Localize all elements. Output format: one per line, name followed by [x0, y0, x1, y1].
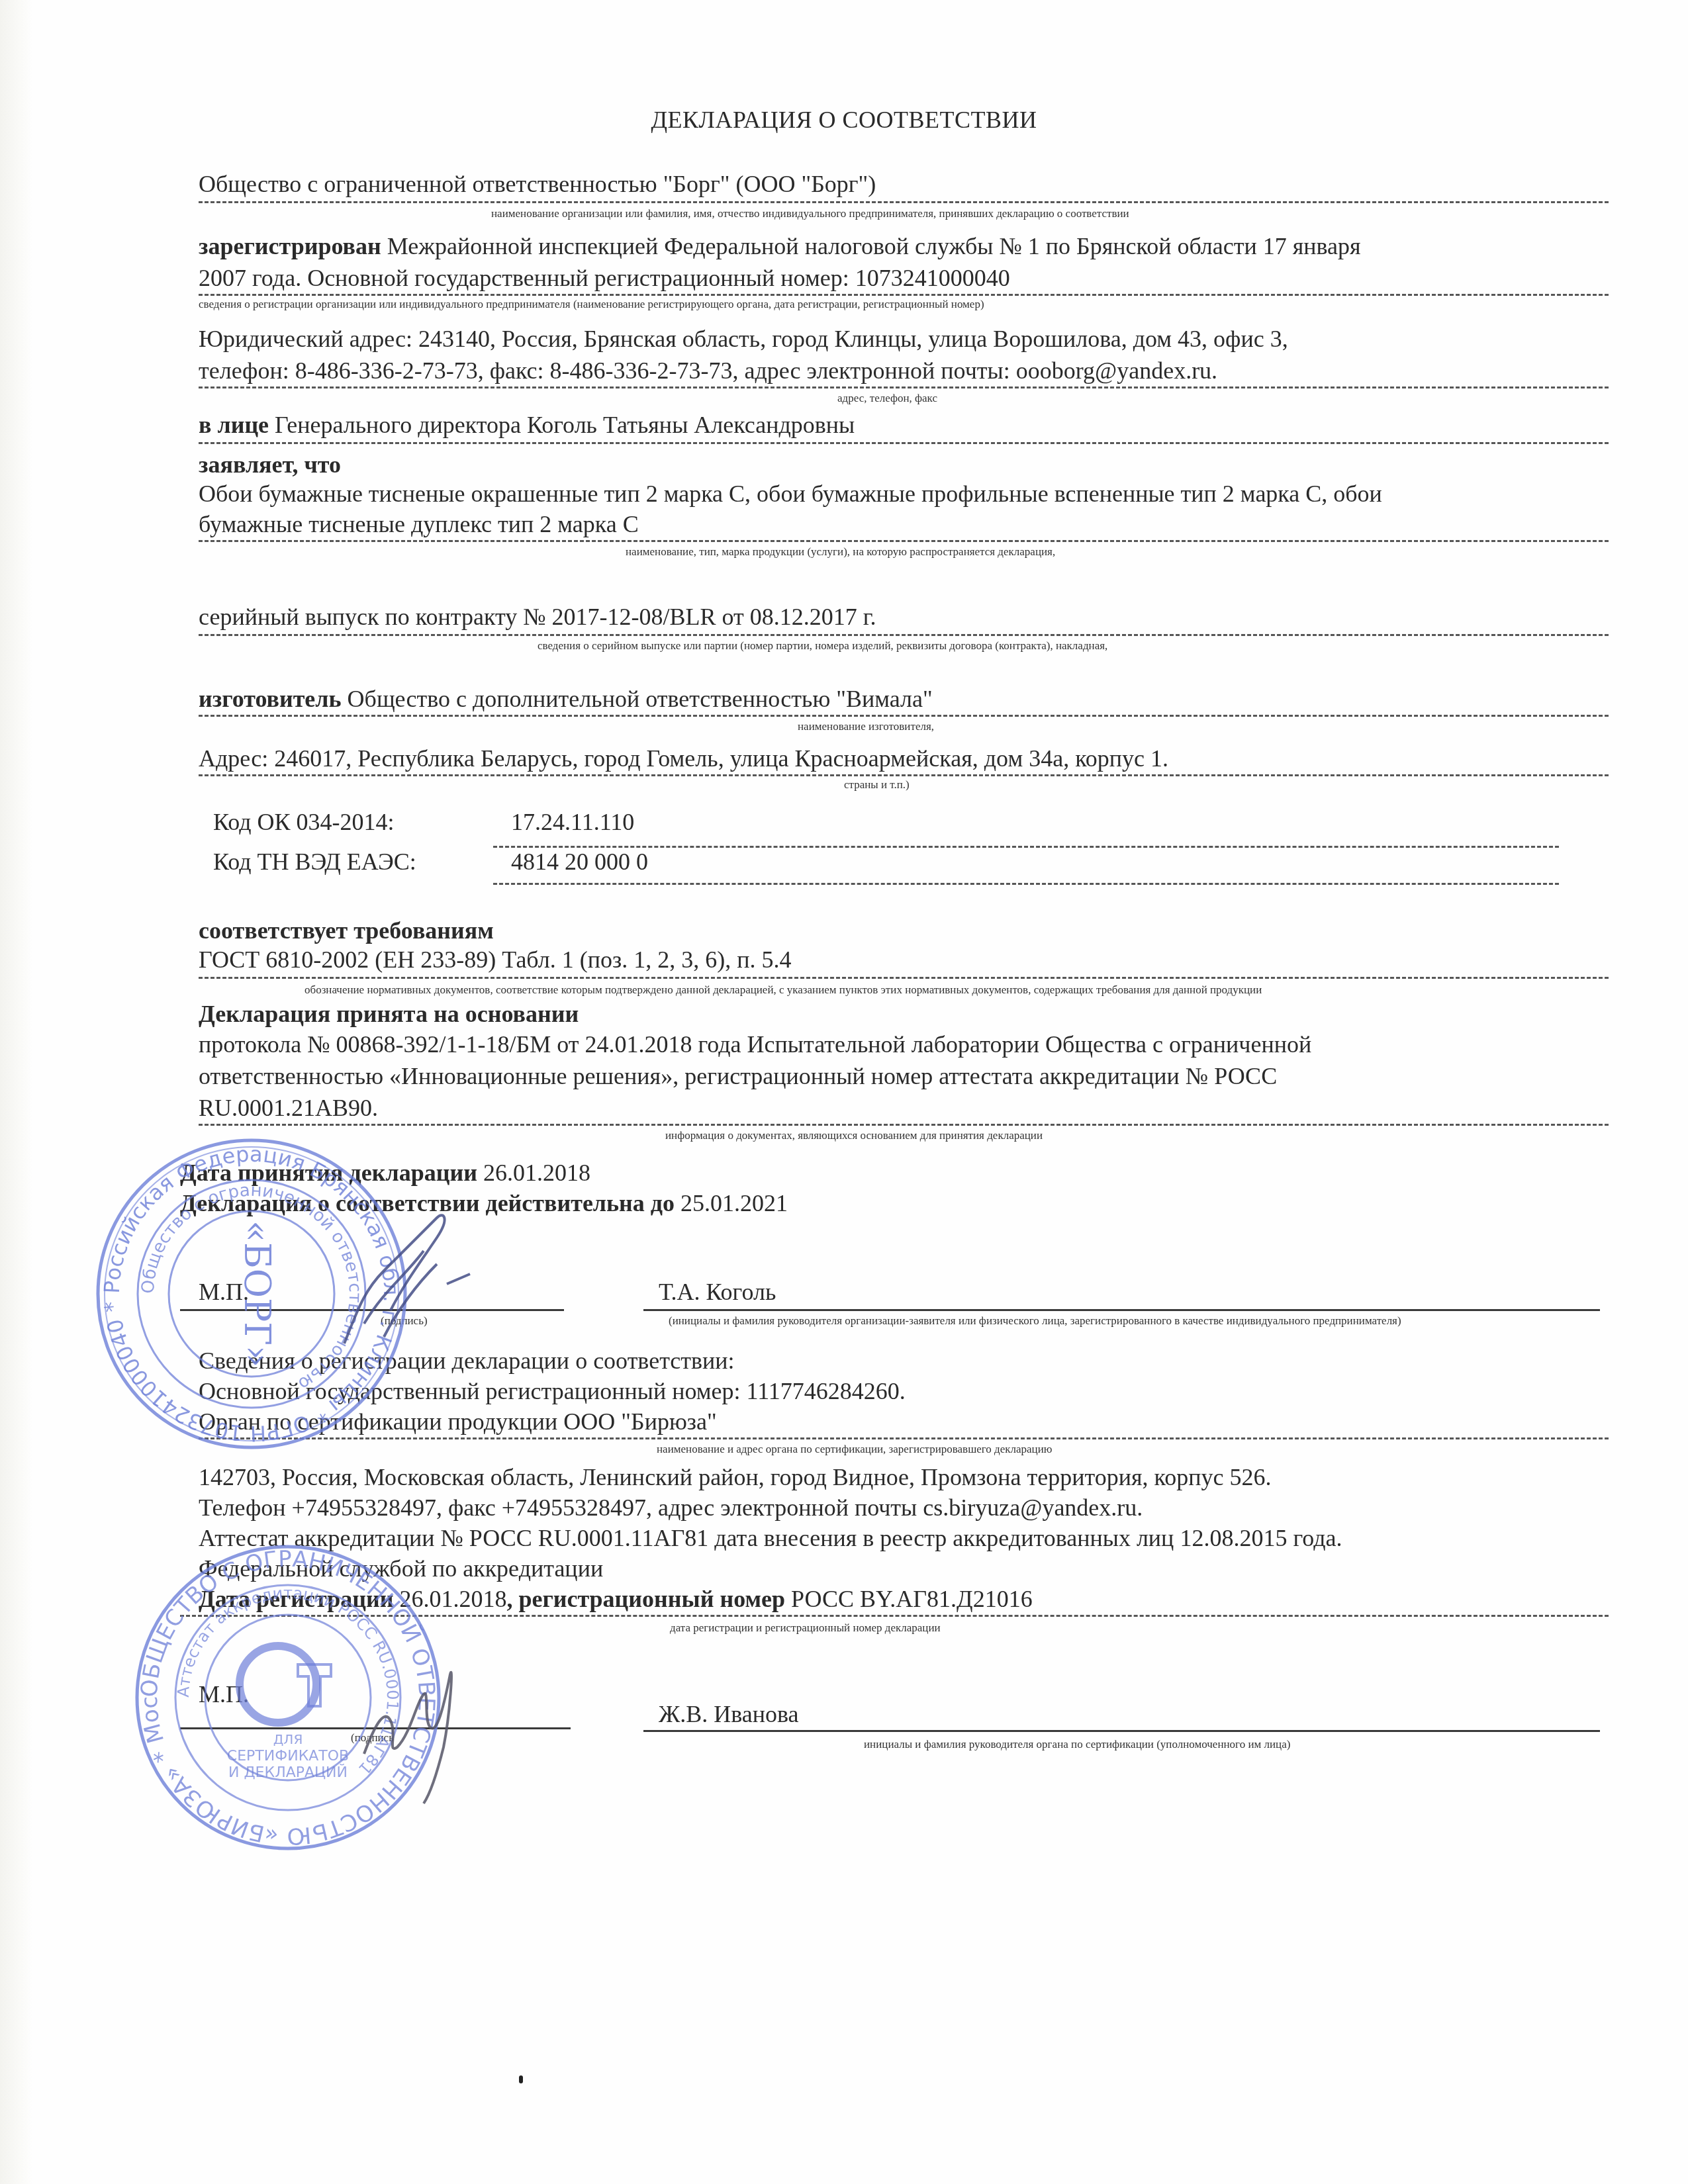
- signatory-name-1: Т.А. Коголь: [659, 1277, 776, 1306]
- applicant-name-hint: наименование организации или фамилия, им…: [491, 207, 1129, 220]
- conformity-hint: обозначение нормативных документов, соот…: [305, 983, 1262, 997]
- document-title: ДЕКЛАРАЦИЯ О СООТВЕТСТВИИ: [0, 106, 1688, 134]
- serial-hint: сведения о серийном выпуске или партии (…: [538, 639, 1107, 653]
- reg-date-hint: дата регистрации и регистрационный номер…: [670, 1621, 941, 1635]
- cert-body-contacts: Телефон +74955328497, факс +74955328497,…: [199, 1493, 1143, 1522]
- serial-value: серийный выпуск по контракту № 2017-12-0…: [199, 602, 876, 631]
- code-tnved-label: Код ТН ВЭД ЕАЭС:: [213, 847, 416, 876]
- conformity-label: соответствует требованиям: [199, 916, 494, 945]
- divider: [199, 540, 1609, 542]
- basis-line2: ответственностью «Инновационные решения»…: [199, 1062, 1277, 1091]
- handwritten-signature-2: [351, 1635, 483, 1807]
- divider: [493, 846, 1559, 848]
- divider: [199, 387, 1609, 388]
- manufacturer-address: Адрес: 246017, Республика Беларусь, горо…: [199, 744, 1168, 773]
- handwritten-signature-1: [305, 1211, 503, 1357]
- address-line1: Юридический адрес: 243140, Россия, Брянс…: [199, 324, 1288, 353]
- code-ok-value: 17.24.11.110: [511, 807, 634, 837]
- declares-label: заявляет, что: [199, 450, 341, 479]
- cert-body-hint: наименование и адрес органа по сертифика…: [657, 1443, 1053, 1456]
- signatory-name-2: Ж.В. Иванова: [659, 1700, 799, 1729]
- divider: [199, 1124, 1609, 1126]
- manufacturer-value: Общество с дополнительной ответственност…: [348, 686, 933, 712]
- code-tnved-value: 4814 20 000 0: [511, 847, 648, 876]
- scan-speck: [519, 2075, 523, 2083]
- svg-text:И ДЕКЛАРАЦИЙ: И ДЕКЛАРАЦИЙ: [228, 1764, 348, 1781]
- conformity-value: ГОСТ 6810-2002 (ЕН 233-89) Табл. 1 (поз.…: [199, 945, 791, 974]
- reg-number-value: РОСС BY.АГ81.Д21016: [791, 1586, 1033, 1612]
- divider: [199, 715, 1609, 717]
- product-line1: Обои бумажные тисненые окрашенные тип 2 …: [199, 479, 1382, 508]
- divider: [199, 977, 1609, 979]
- divider: [199, 442, 1609, 444]
- divider: [199, 294, 1609, 296]
- address-line2: телефон: 8-486-336-2-73-73, факс: 8-486-…: [199, 356, 1217, 385]
- registration-hint: сведения о регистрации организации или и…: [199, 298, 984, 311]
- svg-text:СЕРТИФИКАТОВ: СЕРТИФИКАТОВ: [227, 1748, 349, 1764]
- signatory-name-hint-1: (инициалы и фамилия руководителя организ…: [669, 1314, 1401, 1328]
- manufacturer-address-hint: страны и т.п.): [844, 778, 910, 792]
- applicant-name: Общество с ограниченной ответственностью…: [199, 169, 876, 199]
- registration-line2: 2007 года. Основной государственный реги…: [199, 263, 1010, 293]
- svg-text:ДЛЯ: ДЛЯ: [273, 1731, 303, 1747]
- cert-body-address: 142703, Россия, Московская область, Лени…: [199, 1463, 1271, 1492]
- signatory-name-hint-2: инициалы и фамилия руководителя органа п…: [864, 1738, 1290, 1751]
- manufacturer-hint: наименование изготовителя,: [798, 720, 934, 733]
- basis-line1: протокола № 00868-392/1-1-18/БМ от 24.01…: [199, 1030, 1311, 1059]
- valid-until-value: 25.01.2021: [680, 1190, 788, 1216]
- document-page: ДЕКЛАРАЦИЯ О СООТВЕТСТВИИ Общество с огр…: [0, 0, 1688, 2184]
- product-hint: наименование, тип, марка продукции (услу…: [626, 545, 1055, 559]
- divider: [199, 634, 1609, 636]
- divider: [493, 883, 1559, 885]
- divider: [199, 201, 1609, 203]
- address-hint: адрес, телефон, факс: [837, 392, 937, 405]
- registration-line1: Межрайонной инспекцией Федеральной налог…: [387, 233, 1361, 259]
- represented-by-value: Генерального директора Коголь Татьяны Ал…: [275, 412, 855, 438]
- manufacturer-label: изготовитель: [199, 686, 342, 712]
- svg-text:«БОРГ»: «БОРГ»: [236, 1220, 278, 1367]
- registration-label: зарегистрирован: [199, 233, 381, 259]
- reg-number-label: , регистрационный номер: [506, 1586, 785, 1612]
- basis-label: Декларация принята на основании: [199, 999, 579, 1028]
- represented-by-label: в лице: [199, 412, 269, 438]
- code-ok-label: Код ОК 034-2014:: [213, 807, 395, 837]
- accepted-date-value: 26.01.2018: [483, 1160, 590, 1186]
- basis-line3: RU.0001.21АВ90.: [199, 1093, 378, 1122]
- product-line2: бумажные тисненые дуплекс тип 2 марка С: [199, 510, 639, 539]
- name-line-2: [643, 1730, 1600, 1732]
- name-line-1: [643, 1309, 1600, 1311]
- scan-edge-shadow: [0, 0, 33, 2184]
- divider: [199, 774, 1609, 776]
- basis-hint: информация о документах, являющихся осно…: [665, 1129, 1043, 1142]
